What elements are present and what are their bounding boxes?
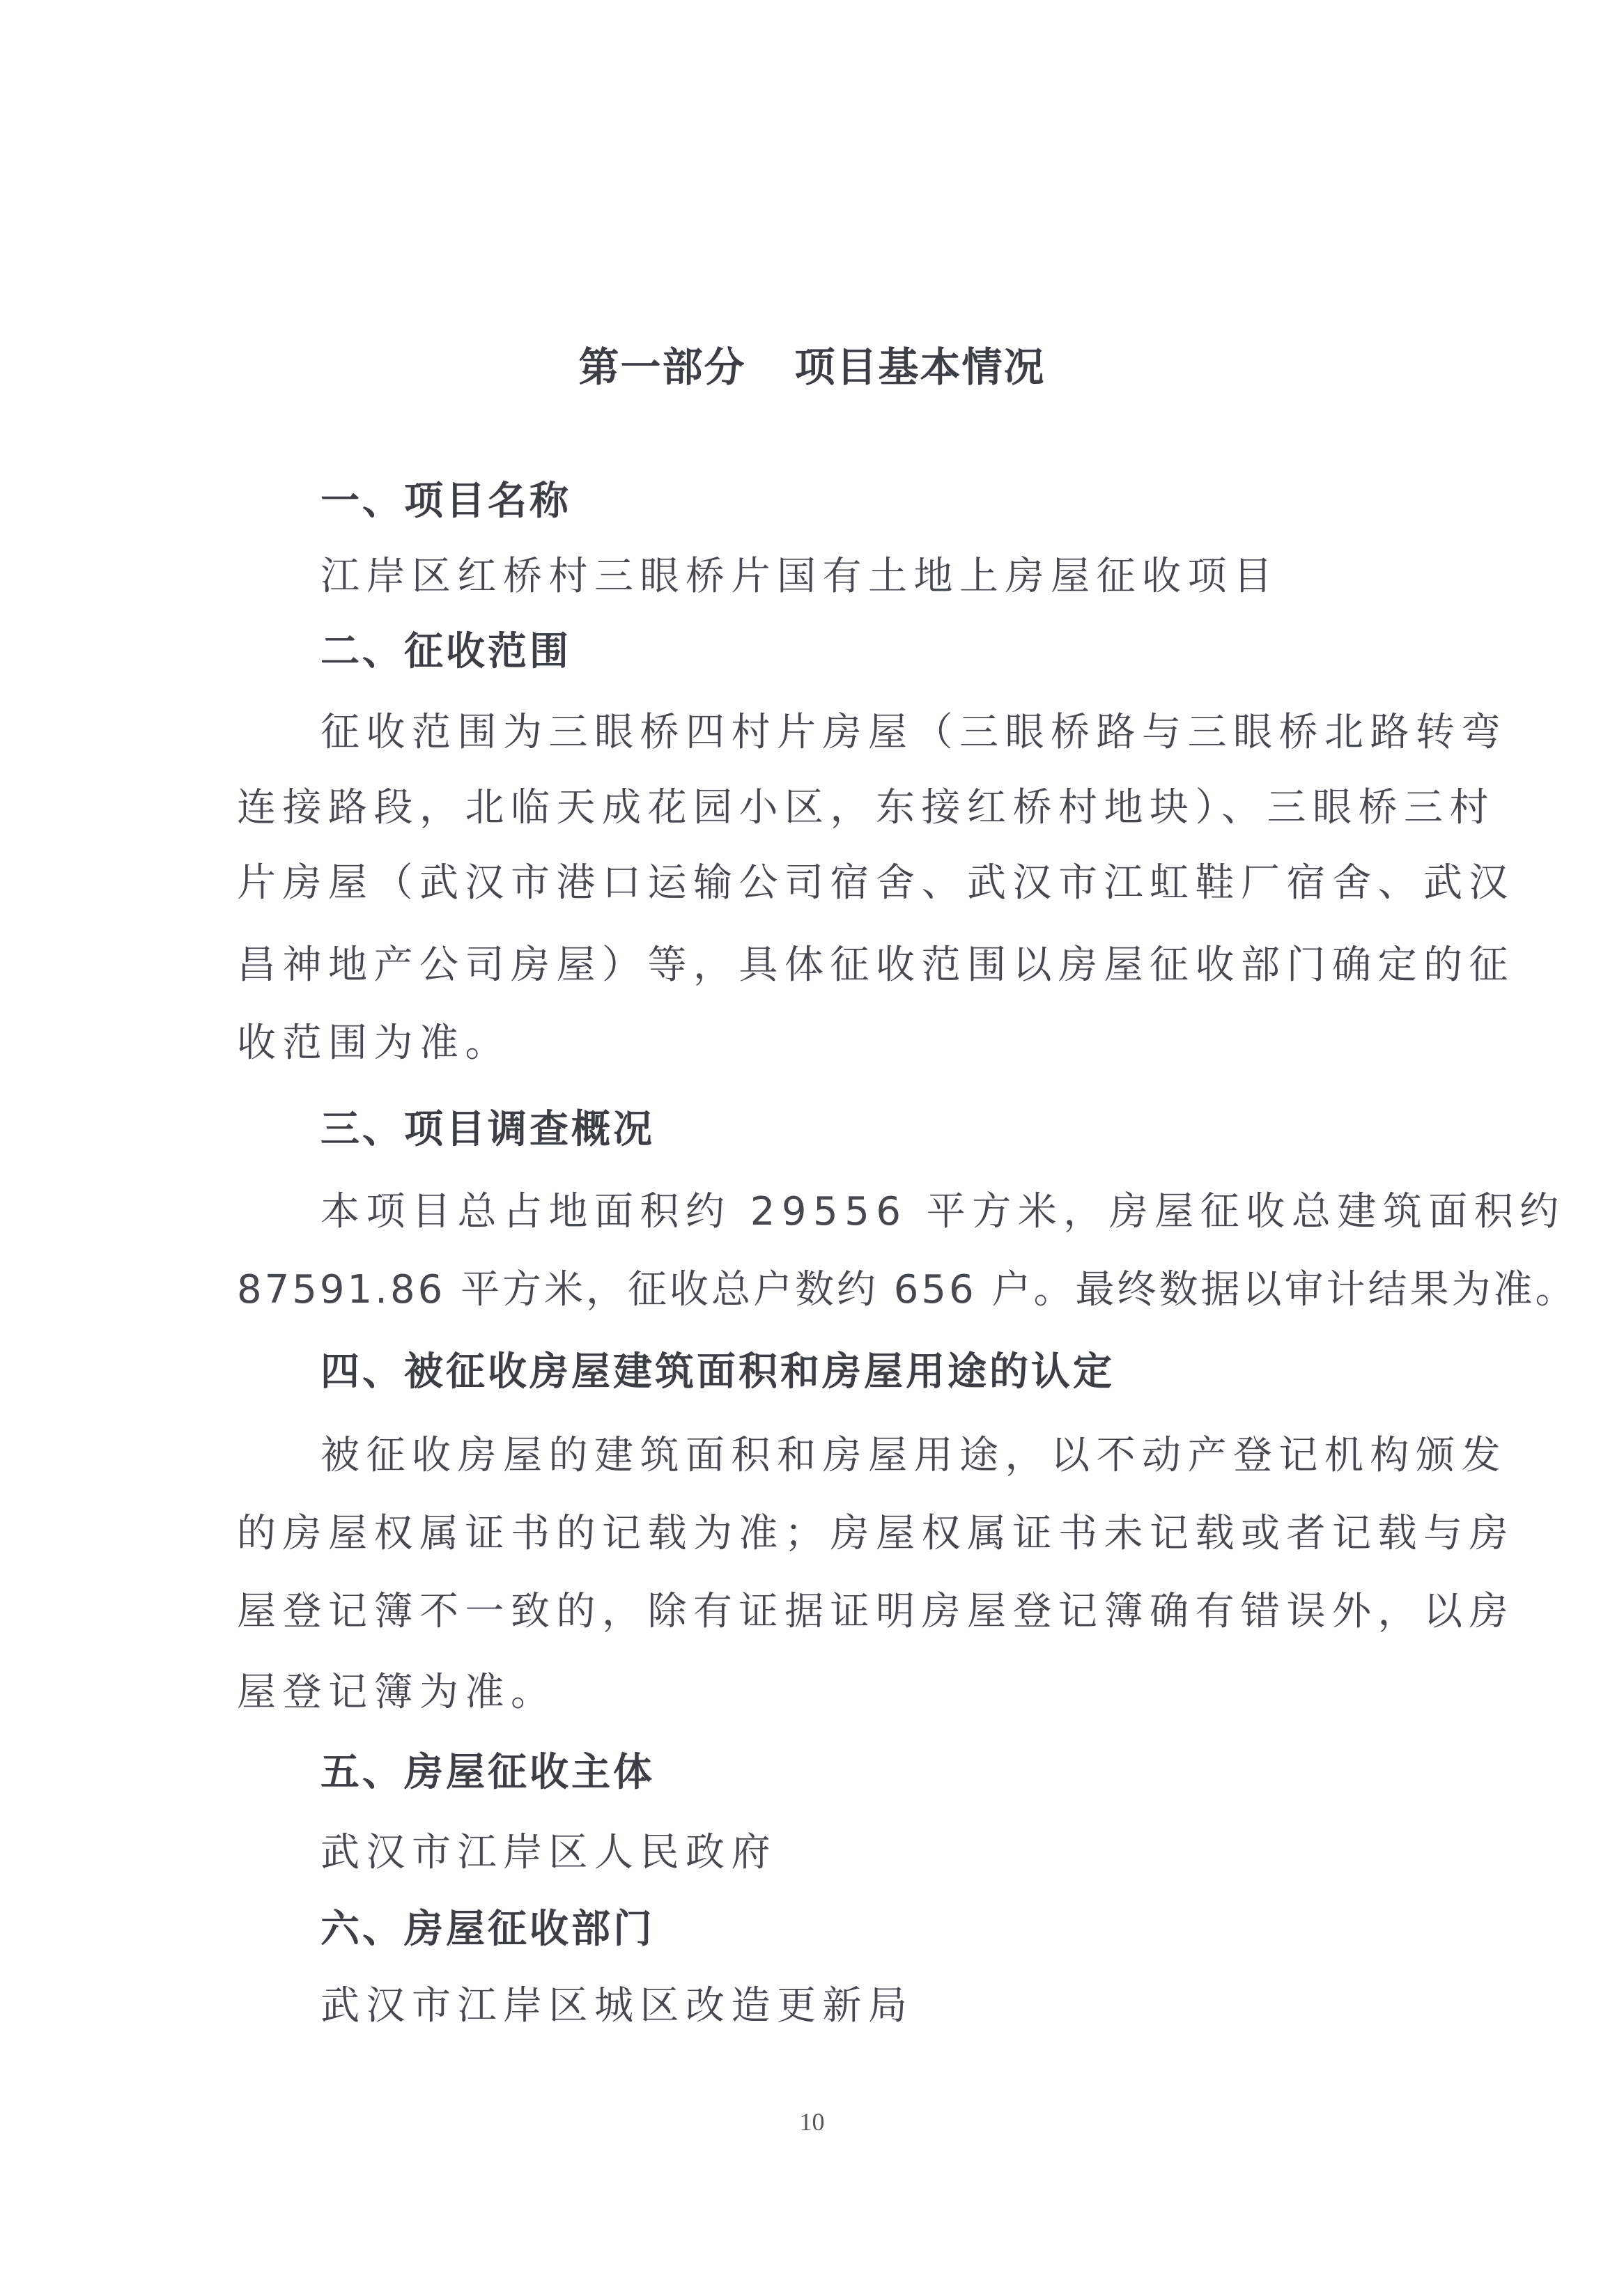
section-2-line-2: 连接路段，北临天成花园小区，东接红桥村地块）、三眼桥三村 xyxy=(237,780,1495,836)
section-4-line-1: 被征收房屋的建筑面积和房屋用途，以不动产登记机构颁发 xyxy=(320,1428,1507,1484)
section-2-line-5: 收范围为准。 xyxy=(237,1016,511,1071)
section-heading-3: 三、项目调查概况 xyxy=(320,1102,655,1158)
section-2-line-1: 征收范围为三眼桥四村片房屋（三眼桥路与三眼桥北路转弯 xyxy=(320,705,1507,761)
section-heading-5: 五、房屋征收主体 xyxy=(320,1745,655,1801)
document-page: 第一部分项目基本情况 一、项目名称 江岸区红桥村三眼桥片国有土地上房屋征收项目 … xyxy=(0,0,1624,2296)
section-heading-4: 四、被征收房屋建筑面积和房屋用途的认定 xyxy=(320,1344,1115,1400)
section-6-line-1: 武汉市江岸区城区改造更新局 xyxy=(320,1978,914,2034)
section-4-line-3: 屋登记簿不一致的，除有证据证明房屋登记簿确有错误外，以房 xyxy=(237,1584,1515,1640)
section-4-line-4: 屋登记簿为准。 xyxy=(237,1665,557,1721)
section-2-line-3: 片房屋（武汉市港口运输公司宿舍、武汉市江虹鞋厂宿舍、武汉 xyxy=(237,855,1515,911)
section-3-line-1: 本项目总占地面积约 29556 平方米，房屋征收总建筑面积约 xyxy=(320,1184,1565,1240)
part-title: 第一部分项目基本情况 xyxy=(0,334,1624,393)
part-title-text: 项目基本情况 xyxy=(795,343,1046,391)
section-3-line-2: 87591.86 平方米，征收总户数约 656 户。最终数据以审计结果为准。 xyxy=(237,1262,1577,1318)
section-2-line-4: 昌神地产公司房屋）等，具体征收范围以房屋征收部门确定的征 xyxy=(237,938,1515,993)
section-heading-6: 六、房屋征收部门 xyxy=(320,1902,655,1957)
part-title-number: 第一部分 xyxy=(578,343,745,391)
section-5-line-1: 武汉市江岸区人民政府 xyxy=(320,1825,777,1881)
section-1-line-1: 江岸区红桥村三眼桥片国有土地上房屋征收项目 xyxy=(320,549,1279,605)
page-number: 10 xyxy=(0,2107,1624,2136)
section-heading-2: 二、征收范围 xyxy=(320,624,571,680)
section-4-line-2: 的房屋权属证书的记载为准；房屋权属证书未记载或者记载与房 xyxy=(237,1506,1515,1562)
section-heading-1: 一、项目名称 xyxy=(320,474,571,529)
